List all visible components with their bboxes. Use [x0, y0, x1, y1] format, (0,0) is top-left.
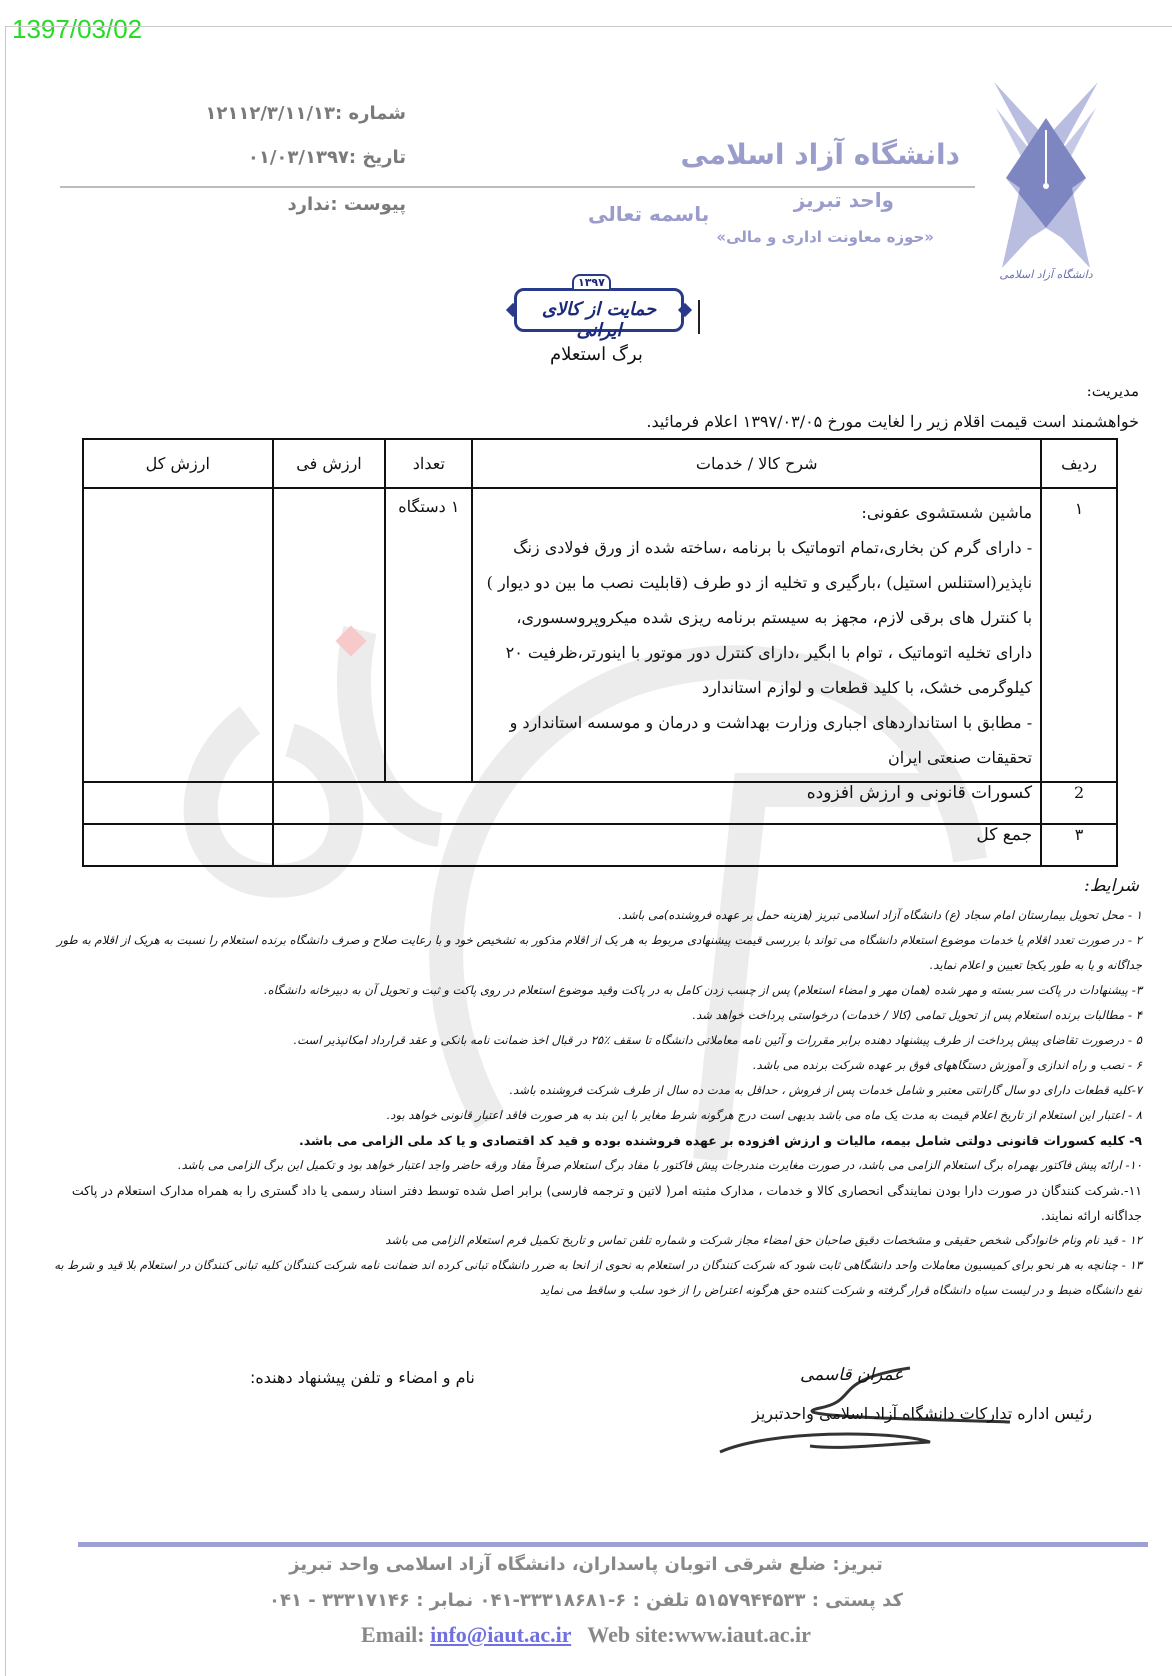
item-title: ماشین شستشوی عفونی:	[481, 495, 1032, 530]
letter-date-label: تاریخ :	[349, 147, 406, 168]
items-table: ردیف شرح کالا / خدمات تعداد ارزش فی ارزش…	[82, 438, 1118, 867]
letter-date-value: ۰۱/۰۳/۱۳۹۷	[248, 147, 349, 168]
summary-row-grand-total: ۳ جمع کل	[83, 824, 1117, 866]
condition-item: ۸ - اعتبار این استعلام از تاریخ اعلام قی…	[50, 1103, 1142, 1128]
form-title: برگ استعلام	[550, 344, 643, 365]
attachment-label: پیوست :	[330, 194, 406, 215]
condition-item: ۳- پیشنهادات در پاکت سر بسته و مهر شده (…	[50, 978, 1142, 1003]
slogan-badge: حمایت از کالای ایرانی ۱۳۹۷	[500, 278, 700, 334]
branch-name: واحد تبریز	[794, 188, 894, 212]
item-spec-line: - مطابق با استانداردهای اجباری وزارت بهد…	[481, 705, 1032, 775]
header-unit-price: ارزش فی	[273, 439, 386, 488]
condition-item: ۱۰- ارائه پیش فاکتور بهمراه برگ استعلام …	[50, 1153, 1142, 1178]
signer-role: رئیس اداره تدارکات دانشگاه آزاد اسلامی و…	[752, 1404, 1092, 1423]
summary-label: جمع کل	[273, 824, 1042, 866]
summary-label: کسورات قانونی و ارزش افزوده	[273, 782, 1042, 824]
svg-text:دانشگاه آزاد اسلامی: دانشگاه آزاد اسلامی	[999, 267, 1092, 281]
summary-row-number: ۳	[1041, 824, 1117, 866]
item-total-price[interactable]	[83, 488, 273, 782]
request-text: خواهشمند است قیمت اقلام زیر را لغایت مور…	[646, 412, 1139, 431]
table-header-row: ردیف شرح کالا / خدمات تعداد ارزش فی ارزش…	[83, 439, 1117, 488]
condition-item: ۵ - درصورت تقاضای پیش پرداخت از طرف پیشن…	[50, 1028, 1142, 1053]
item-spec-line: - دارای گرم کن بخاری،تمام اتوماتیک با بر…	[481, 530, 1032, 705]
division-name: «حوزه معاونت اداری و مالی»	[716, 228, 934, 246]
footer-contact: کد پستی : ۵۱۵۷۹۴۴۵۳۳ تلفن : ۶-۳۳۳۱۸۶۸۱-۰…	[0, 1590, 1172, 1611]
footer-divider	[78, 1542, 1148, 1547]
badge-text: حمایت از کالای ایرانی	[517, 299, 681, 341]
summary-row-number: 2	[1041, 782, 1117, 824]
badge-divider	[698, 300, 700, 334]
university-name: دانشگاه آزاد اسلامی	[680, 138, 960, 171]
summary-row-deductions: 2 کسورات قانونی و ارزش افزوده	[83, 782, 1117, 824]
condition-item: ۹- کلیه کسورات قانونی دولتی شامل بیمه، م…	[50, 1128, 1142, 1153]
header-row-number: ردیف	[1041, 439, 1117, 488]
university-logo-icon: دانشگاه آزاد اسلامی	[990, 78, 1102, 288]
condition-item: ۱۱-.شرکت کنندگان در صورت دارا بودن نماین…	[50, 1178, 1142, 1228]
condition-item: ۶ - نصب و راه اندازی و آموزش دستگاههای ف…	[50, 1053, 1142, 1078]
conditions-title: شرایط:	[1084, 876, 1139, 896]
header-total-price: ارزش کل	[83, 439, 273, 488]
item-unit-price[interactable]	[273, 488, 386, 782]
letter-date: تاریخ :۰۱/۰۳/۱۳۹۷	[248, 147, 406, 168]
footer-address: تبریز: ضلع شرقی اتوبان پاسداران، دانشگاه…	[0, 1554, 1172, 1575]
website-label: Web site:	[587, 1622, 674, 1647]
footer-web: Email: info@iaut.ac.ir Web site:www.iaut…	[0, 1622, 1172, 1648]
conditions-list: ۱ - محل تحویل بیمارستان امام سجاد (ع) دا…	[50, 903, 1142, 1303]
email-link[interactable]: info@iaut.ac.ir	[430, 1622, 571, 1647]
item-quantity: ۱ دستگاه	[385, 488, 472, 782]
summary-value[interactable]	[83, 824, 273, 866]
item-row-number: ۱	[1041, 488, 1117, 782]
table-row: ۱ ماشین شستشوی عفونی: - دارای گرم کن بخا…	[83, 488, 1117, 782]
badge-year: ۱۳۹۷	[572, 274, 611, 289]
condition-item: ۴ - مطالبات برنده استعلام پس از تحویل تم…	[50, 1003, 1142, 1028]
header-description: شرح کالا / خدمات	[472, 439, 1041, 488]
bidder-signature-label: نام و امضاء و تلفن پیشنهاد دهنده:	[250, 1368, 475, 1387]
basmala: باسمه تعالی	[588, 202, 709, 226]
condition-item: ۱۳ - چنانچه به هر نحو برای کمیسیون معامل…	[50, 1253, 1142, 1303]
website-text: www.iaut.ac.ir	[675, 1622, 811, 1647]
addressee: مدیریت:	[1087, 382, 1139, 400]
letter-attachment: پیوست :ندارد	[287, 194, 406, 215]
summary-value[interactable]	[83, 782, 273, 824]
email-label: Email:	[361, 1622, 425, 1647]
item-description: ماشین شستشوی عفونی: - دارای گرم کن بخاری…	[472, 488, 1041, 782]
condition-item: ۲ - در صورت تعدد اقلام یا خدمات موضوع اس…	[50, 928, 1142, 978]
letter-number-label: شماره :	[335, 103, 406, 124]
condition-item: ۱۲ - قید نام ونام خانوادگی شخص حقیقی و م…	[50, 1228, 1142, 1253]
condition-item: ۱ - محل تحویل بیمارستان امام سجاد (ع) دا…	[50, 903, 1142, 928]
badge-frame: حمایت از کالای ایرانی	[514, 288, 684, 332]
letter-number: شماره :۱۲۱۱۲/۳/۱۱/۱۳	[205, 103, 406, 124]
letter-number-value: ۱۲۱۱۲/۳/۱۱/۱۳	[205, 103, 335, 124]
condition-item: ۷-کلیه قطعات دارای دو سال گارانتی معتبر …	[50, 1078, 1142, 1103]
header-quantity: تعداد	[385, 439, 472, 488]
signer-name: عمران قاسمی	[800, 1365, 904, 1385]
attachment-value: ندارد	[287, 194, 330, 215]
